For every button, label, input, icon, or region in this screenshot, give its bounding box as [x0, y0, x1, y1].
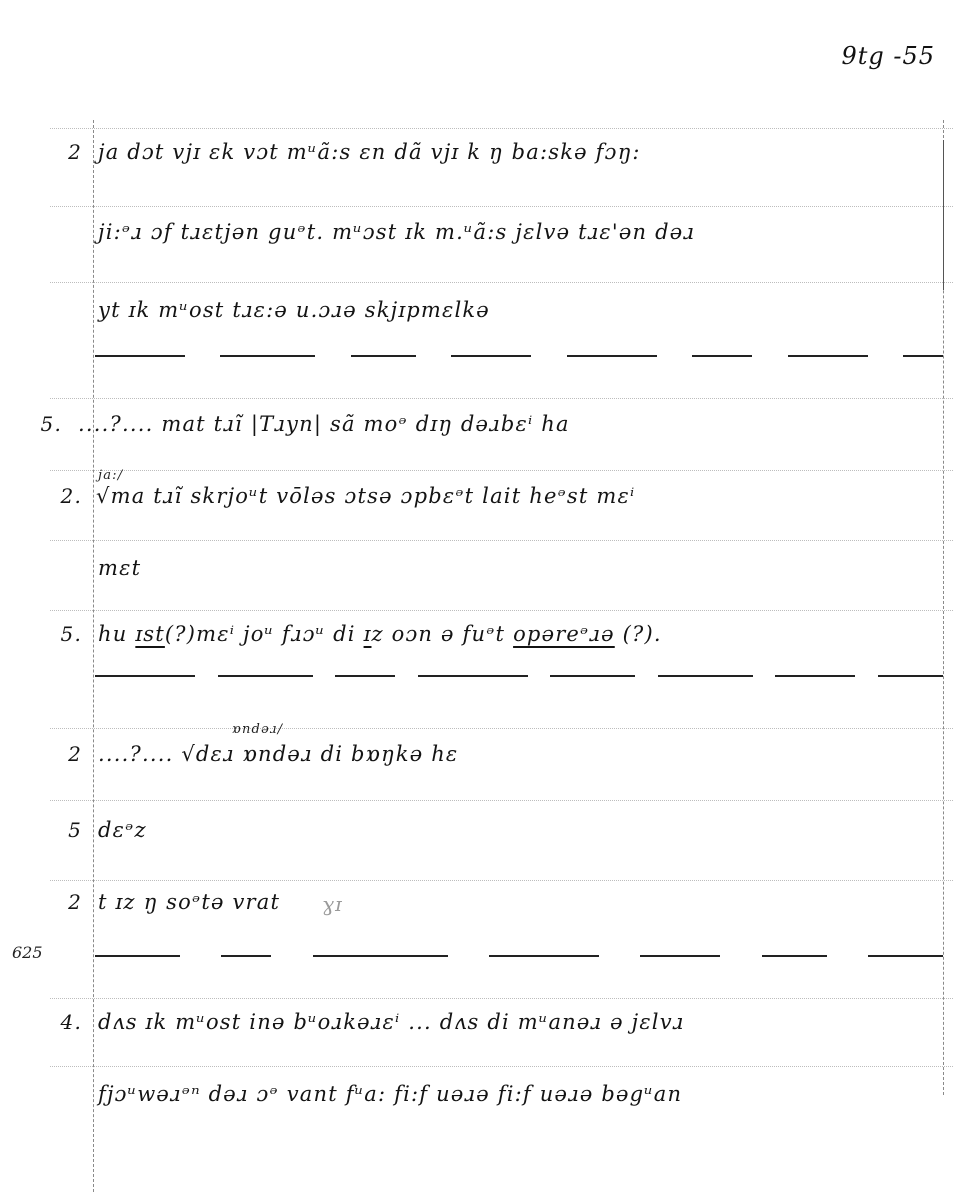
transcript-line: 2. ja:/ √ma tɹĩ skrjoᵘt vōləs ɔtsə ɔpbɛᵊ…: [0, 484, 973, 524]
line-text: √ma tɹĩ skrjoᵘt vōləs ɔtsə ɔpbɛᵊt lait h…: [96, 484, 635, 508]
guide-line: [50, 470, 953, 471]
line-text: hu ɪst(?)mɛⁱ joᵘ fɹɔᵘ di ɪz oɔn ə fuᵊt o…: [98, 622, 662, 646]
superscript-note: ja:/: [98, 468, 123, 483]
line-text: t ɪz ŋ soᵊtə vrat: [98, 890, 280, 914]
text-part: hu: [98, 622, 135, 646]
speaker-number: 5.: [38, 412, 62, 436]
transcript-line: fjɔᵘwəɹᵊⁿ dəɹ ɔᵊ vant fᵘa: fi:f uəɹə fi:…: [0, 1082, 973, 1122]
line-text: mɛt: [98, 556, 141, 580]
guide-line: [50, 998, 953, 999]
line-text: dɛᵊz: [98, 818, 147, 842]
underlined-text: ɪst: [135, 622, 165, 646]
line-text: ja dɔt vjɪ ɛk vɔt mᵘã:s ɛn dã vjɪ k ŋ ba…: [98, 140, 641, 164]
transcript-line: 2 ja dɔt vjɪ ɛk vɔt mᵘã:s ɛn dã vjɪ k ŋ …: [0, 140, 973, 180]
speaker-number: 5: [58, 818, 82, 842]
margin-note: 625: [12, 943, 43, 962]
turn-separator: [95, 675, 943, 677]
line-text: ....?.... √dɛɹ ɒndəɹ di bɒŋkə hɛ: [98, 742, 458, 766]
speaker-number: 5.: [58, 622, 82, 646]
text-part: z oɔn ə fuᵊt: [371, 622, 513, 646]
transcript-line: ji:ᵊɹ ɔf tɹɛtjən guᵊt. mᵘɔst ɪk m.ᵘã:s j…: [0, 220, 973, 260]
transcript-line: 5. ....?.... mat tɹĩ |Tɹyn| sã moᵊ dɪŋ d…: [0, 412, 973, 452]
line-text: ji:ᵊɹ ɔf tɹɛtjən guᵊt. mᵘɔst ɪk m.ᵘã:s j…: [98, 220, 695, 244]
line-text: fjɔᵘwəɹᵊⁿ dəɹ ɔᵊ vant fᵘa: fi:f uəɹə fi:…: [98, 1082, 682, 1106]
speaker-number: 2: [58, 890, 82, 914]
transcript-line: mɛt: [0, 556, 973, 596]
smudged-annotation: ɣɪ: [322, 892, 343, 916]
guide-line: [50, 398, 953, 399]
transcript-line: 5. hu ɪst(?)mɛⁱ joᵘ fɹɔᵘ di ɪz oɔn ə fuᵊ…: [0, 622, 973, 662]
guide-line: [50, 728, 953, 729]
transcript-line: 2 t ɪz ŋ soᵊtə vrat ɣɪ: [0, 890, 973, 930]
transcript-line: 4. dʌs ɪk mᵘost inə bᵘoɹkəɹɛⁱ ... dʌs di…: [0, 1010, 973, 1050]
text-part: (?)mɛⁱ joᵘ fɹɔᵘ di: [165, 622, 364, 646]
guide-line: [50, 206, 953, 207]
speaker-number: 2: [58, 140, 82, 164]
guide-line: [50, 800, 953, 801]
transcript-line: yt ɪk mᵘost tɹɛ:ə u.ɔɹə skjɪpmɛlkə: [0, 298, 973, 338]
text-part: (?).: [615, 622, 662, 646]
guide-line: [50, 1066, 953, 1067]
line-text: dʌs ɪk mᵘost inə bᵘoɹkəɹɛⁱ ... dʌs di mᵘ…: [98, 1010, 685, 1034]
speaker-number: 2: [58, 742, 82, 766]
turn-separator: [95, 355, 943, 357]
underlined-text: opəreᵊɹə: [513, 622, 615, 646]
speaker-number: 4.: [58, 1010, 82, 1034]
guide-line: [50, 282, 953, 283]
line-text: ....?.... mat tɹĩ |Tɹyn| sã moᵊ dɪŋ dəɹb…: [78, 412, 570, 436]
transcript-line: 2 ɒndəɹ/ ....?.... √dɛɹ ɒndəɹ di bɒŋkə h…: [0, 742, 973, 782]
speaker-number: 2.: [58, 484, 82, 508]
guide-line: [50, 610, 953, 611]
transcript-line: 5 dɛᵊz: [0, 818, 973, 858]
line-text: yt ɪk mᵘost tɹɛ:ə u.ɔɹə skjɪpmɛlkə: [98, 298, 490, 322]
superscript-note: ɒndəɹ/: [232, 722, 283, 737]
guide-line: [50, 540, 953, 541]
turn-separator: [95, 955, 943, 957]
guide-line: [50, 128, 953, 129]
guide-line: [50, 880, 953, 881]
page-number: 9tg -55: [841, 42, 935, 70]
